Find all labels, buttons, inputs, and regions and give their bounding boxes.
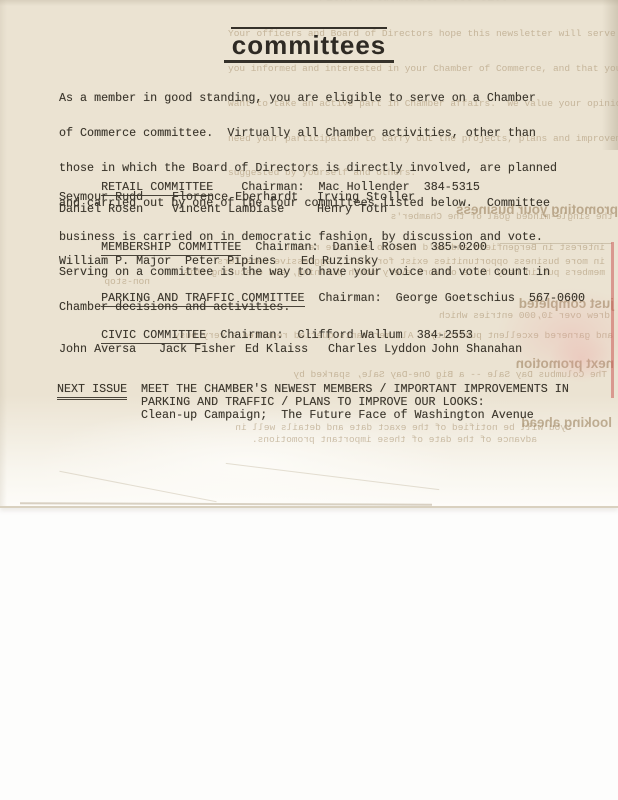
member-name: Ed Klaiss — [245, 344, 308, 356]
ghost-fragment: you will be notified of the exact date a… — [178, 422, 566, 434]
paper-sheet: Your officers and Board of Directors hop… — [0, 0, 618, 508]
scanned-newsletter-page: Your officers and Board of Directors hop… — [0, 0, 618, 800]
masthead: committees — [0, 27, 618, 63]
member-name: Charles Lyddon — [328, 344, 426, 356]
title-rule-bottom — [224, 60, 394, 63]
next-issue-label: NEXT ISSUE — [57, 384, 127, 400]
chairman-line: Chairman: Daniel Rosen 385-0200 — [241, 240, 486, 254]
member-name: Peter Pipines — [185, 256, 276, 268]
intro-line: of Commerce committee. Virtually all Cha… — [59, 128, 557, 140]
member-name: William P. Major — [59, 256, 171, 268]
committee-heading-row-parking: PARKING AND TRAFFIC COMMITTEE Chairman: … — [59, 281, 585, 316]
member-name: John Aversa — [59, 344, 136, 356]
ghost-fragment: advance of the date of these important p… — [205, 434, 537, 446]
top-cut-text: Fisher Oldsmobile 383-5200 — [319, 0, 508, 4]
title-rule-top — [231, 27, 387, 29]
next-issue-line: Clean-up Campaign; The Future Face of Wa… — [141, 410, 534, 422]
next-issue-line: PARKING AND TRAFFIC / PLANS TO IMPROVE O… — [141, 397, 485, 409]
member-name: Ed Ruzinsky — [301, 256, 378, 268]
member-name: Vincent Lambiase — [172, 204, 284, 216]
chairman-line: Chairman: George Goetschius 567-0600 — [305, 291, 586, 305]
fold-line — [20, 502, 432, 505]
member-name: Daniel Rosen — [59, 204, 143, 216]
member-name: Jack Fisher — [159, 344, 236, 356]
chairman-line: Chairman: Clifford Wallum 384-2553 — [206, 328, 473, 342]
next-issue-line: MEET THE CHAMBER'S NEWEST MEMBERS / IMPO… — [141, 384, 569, 396]
page-title: committees — [0, 32, 618, 58]
red-edge-line — [611, 242, 614, 398]
pink-ink-stain — [538, 330, 618, 388]
intro-line: Serving on a committee is the way to hav… — [59, 267, 557, 279]
intro-line: As a member in good standing, you are el… — [59, 93, 557, 105]
committee-heading: PARKING AND TRAFFIC COMMITTEE — [101, 291, 304, 307]
member-name: Henry Toth — [317, 204, 387, 216]
paper-crease — [59, 471, 216, 503]
scan-shadow — [602, 0, 618, 150]
member-name: John Shanahan — [431, 344, 522, 356]
paper-crease — [226, 463, 440, 490]
